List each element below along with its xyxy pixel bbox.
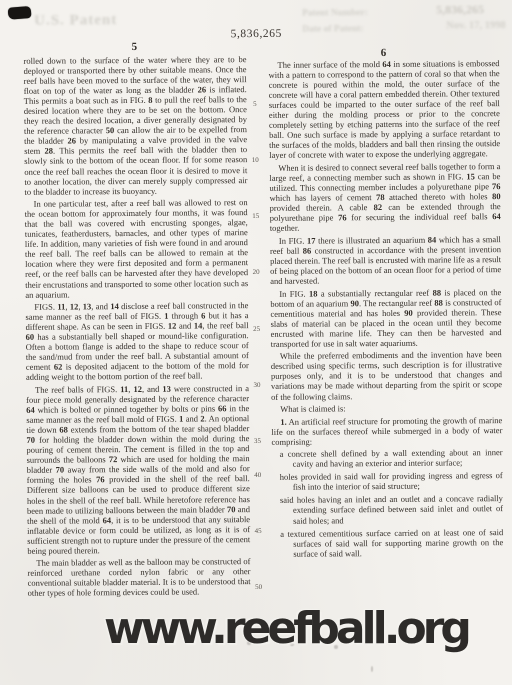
claim-element: holes provided in said wall for providin… xyxy=(293,470,503,492)
paragraph-right-3: In FIG. 17 there is illustrated an aquar… xyxy=(270,234,501,286)
bleedthrough-patent-number-label: Patent Number: xyxy=(302,8,368,19)
paragraph-left-2: In one particular test, after a reef bal… xyxy=(25,197,249,299)
what-is-claimed-line: What is claimed is: xyxy=(271,402,502,414)
line-number: 50 xyxy=(250,583,268,591)
bleedthrough-patent-number-value: 5,836,265 xyxy=(436,2,484,17)
line-number: 45 xyxy=(249,527,267,535)
bleedthrough-us-patent: U.S. Patent xyxy=(34,12,117,30)
paragraph-right-1: The inner surface of the mold 64 in some… xyxy=(268,58,500,160)
claim-element: said holes having an inlet and an outlet… xyxy=(293,493,503,525)
line-number: 20 xyxy=(247,268,265,276)
scanned-content: U.S. Patent Patent Number: 5,836,265 Dat… xyxy=(0,0,512,685)
paragraph-left-4: The reef balls of FIGS. 11, 12, and 13 w… xyxy=(26,383,250,556)
line-number: 5 xyxy=(246,100,264,108)
paragraph-left-3: FIGS. 11, 12, 13, and 14 disclose a reef… xyxy=(25,300,249,382)
line-number: 25 xyxy=(248,325,266,333)
paragraph-left-1: rolled down to the surface of the water … xyxy=(23,54,247,196)
paragraph-right-2: When it is desired to connect several re… xyxy=(269,161,501,233)
claim-element: a concrete shell defined by a wall exten… xyxy=(293,447,503,469)
watermark-reefball: www.reefball.org xyxy=(104,603,468,654)
paragraph-right-5: While the preferred embodiments and the … xyxy=(271,349,502,401)
line-number: 15 xyxy=(247,212,265,220)
line-number: 35 xyxy=(248,437,266,445)
right-column: The inner surface of the mold 64 in some… xyxy=(268,58,503,562)
left-column: rolled down to the surface of the water … xyxy=(23,54,250,601)
claim-1-intro: 1. An artificial reef structure for prom… xyxy=(271,415,502,447)
scan-speck xyxy=(371,666,373,672)
paragraph-left-5: The main bladder as well as the balloon … xyxy=(27,556,250,598)
patent-page: U.S. Patent Patent Number: 5,836,265 Dat… xyxy=(0,0,512,685)
ink-smudge xyxy=(8,6,32,20)
paragraph-right-4: In FIG. 18 a substantially rectangular r… xyxy=(270,287,501,349)
line-number: 10 xyxy=(246,156,264,164)
line-number: 30 xyxy=(248,381,266,389)
column-number-left: 5 xyxy=(23,40,245,54)
claim-element: a textured cementitious surface carried … xyxy=(293,527,503,559)
line-number: 40 xyxy=(249,471,267,479)
